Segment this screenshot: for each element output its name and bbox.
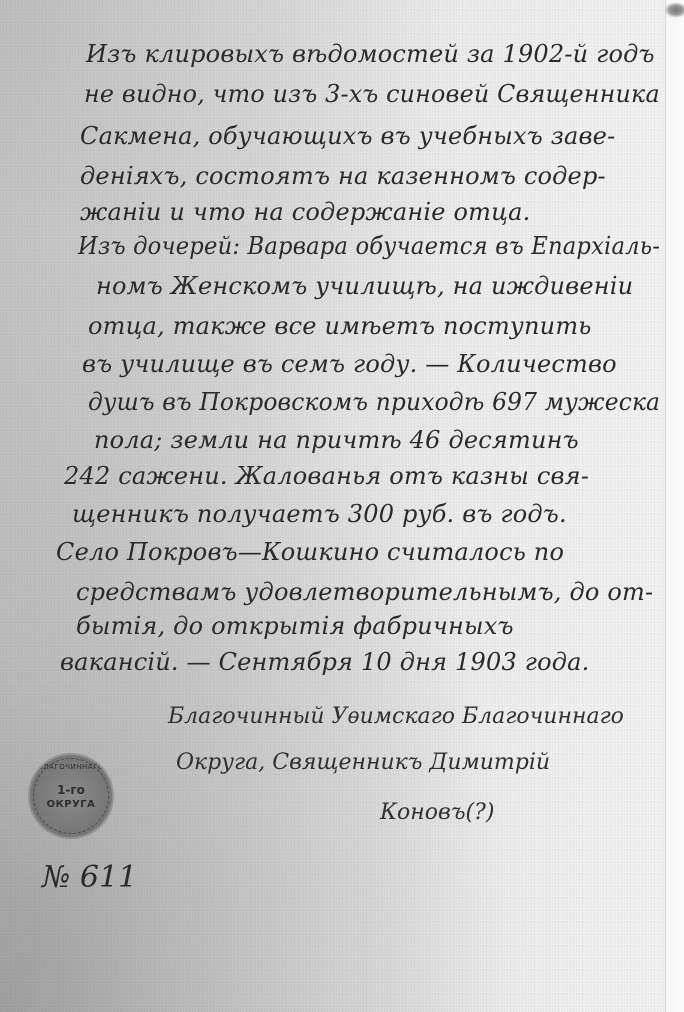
signature-autograph: Коновъ(?)	[380, 800, 494, 825]
paper-edge	[665, 0, 684, 1012]
body-line-6: Изъ дочерей: Варвара обучается въ Епархі…	[78, 232, 660, 260]
body-line-9: въ училище въ семъ году. — Количество	[82, 350, 617, 378]
official-seal: БЛАГОЧИННАГО 1-го ОКРУГА	[30, 755, 112, 837]
body-line-16: бытія, до открытія фабричныхъ	[76, 612, 514, 640]
body-line-3: Сакмена, обучающихъ въ учебныхъ заве-	[80, 122, 615, 150]
body-line-11: пола; земли на причтѣ 46 десятинъ	[94, 426, 579, 454]
body-line-17: вакансій. — Сентября 10 дня 1903 года.	[60, 648, 589, 676]
seal-middle-text: 1-го	[30, 783, 112, 797]
body-line-8: отца, также все имѣетъ поступить	[88, 312, 592, 340]
signature-title-line: Благочинный Уѳимскаго Благочиннаго	[168, 704, 624, 729]
body-line-5: жаніи и что на содержаніе отца.	[80, 198, 530, 226]
seal-bottom-text: ОКРУГА	[30, 799, 112, 810]
body-line-4: деніяхъ, состоятъ на казенномъ содер-	[80, 162, 606, 190]
seal-top-text: БЛАГОЧИННАГО	[30, 763, 112, 771]
document-number: № 611	[42, 860, 137, 895]
body-line-10: душъ въ Покровскомъ приходѣ 697 мужеска	[88, 388, 660, 416]
body-line-15: средствамъ удовлетворительнымъ, до от-	[76, 578, 653, 606]
body-line-2: не видно, что изъ 3-хъ синовей Священник…	[84, 80, 660, 108]
signature-name-line: Округа, Священникъ Димитрій	[176, 750, 550, 775]
body-line-1: Изъ клировыхъ вѣдомостей за 1902-й годъ	[86, 40, 655, 68]
body-line-12: 242 сажени. Жалованья отъ казны свя-	[64, 462, 589, 490]
scanned-page: Изъ клировыхъ вѣдомостей за 1902-й годъ …	[0, 0, 684, 1012]
body-line-13: щенникъ получаетъ 300 руб. въ годъ.	[72, 500, 567, 528]
body-line-7: номъ Женскомъ училищѣ, на иждивеніи	[96, 272, 633, 300]
body-line-14: Село Покровъ—Кошкино считалось по	[56, 538, 564, 566]
